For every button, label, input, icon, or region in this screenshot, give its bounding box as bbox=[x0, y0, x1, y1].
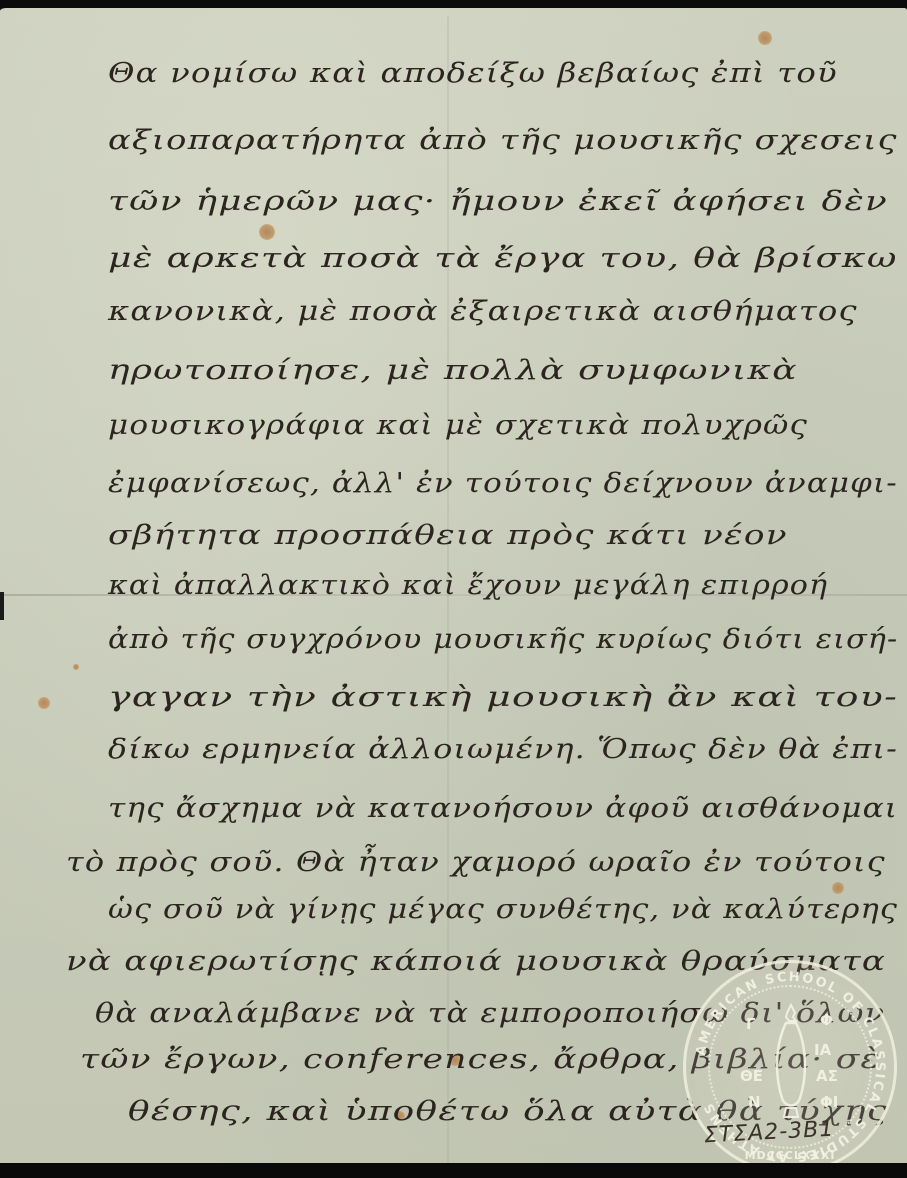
scan-bottom-edge bbox=[0, 1163, 907, 1178]
handwritten-line: καὶ ἀπαλλακτικὸ καὶ ἔχουν μεγάλη επιρροή bbox=[108, 572, 828, 599]
handwritten-line: μουσικογράφια καὶ μὲ σχετικὰ πολυχρῶς bbox=[108, 412, 808, 439]
handwritten-line: γαγαν τὴν ἀστικὴ μουσικὴ ἂν καὶ του- bbox=[108, 684, 898, 711]
handwritten-line: της ἄσχημα νὰ κατανοήσουν ἀφοῦ αισθάνομα… bbox=[108, 795, 898, 822]
handwritten-line: δίκω ερμηνεία ἀλλοιωμένη. Ὅπως δὲν θὰ ἐπ… bbox=[108, 736, 898, 763]
stamp-letter: Γ bbox=[746, 1015, 756, 1033]
stamp-year: MDCCCLXXXI bbox=[745, 1149, 836, 1162]
handwritten-line: αξιοπαρατήρητα ἀπὸ τῆς μουσικῆς σχεσεις bbox=[108, 127, 898, 154]
stamp-letter: Φ bbox=[820, 1011, 833, 1029]
ink-stain bbox=[259, 224, 275, 240]
ink-stain bbox=[38, 697, 50, 709]
handwritten-line: ηρωτοποίησε, μὲ πολλὰ συμφωνικὰ bbox=[108, 357, 798, 384]
stamp-letter: ΦΙ bbox=[820, 1093, 838, 1111]
amphora-icon bbox=[774, 1003, 808, 1123]
scan-edge-mark bbox=[0, 592, 4, 620]
handwritten-line: τὸ πρὸς σοῦ. Θὰ ἦταν χαμορό ωραῖο ἐν τού… bbox=[66, 849, 886, 876]
stamp-letter: ΙΑ bbox=[814, 1041, 831, 1059]
handwritten-line: ὡς σοῦ νὰ γίνῃς μέγας συνθέτης, νὰ καλύτ… bbox=[108, 896, 898, 923]
handwritten-line: ἐμφανίσεως, ἀλλ' ἐν τούτοις δείχνουν ἀνα… bbox=[108, 470, 898, 497]
handwritten-line: τῶν ἡμερῶν μας· ἤμουν ἐκεῖ ἀφήσει δὲν bbox=[108, 188, 888, 215]
handwritten-line: Θα νομίσω καὶ αποδείξω βεβαίως ἐπὶ τοῦ bbox=[108, 60, 838, 87]
handwritten-line: ἀπὸ τῆς συγχρόνου μουσικῆς κυρίως διότι … bbox=[108, 626, 898, 653]
stamp-letter: ΘΕ bbox=[740, 1067, 763, 1085]
ink-stain bbox=[758, 31, 772, 45]
handwritten-line: σβήτητα προσπάθεια πρὸς κάτι νέον bbox=[108, 522, 788, 549]
stamp-letter: Ν bbox=[748, 1093, 761, 1111]
handwritten-line: μὲ αρκετὰ ποσὰ τὰ ἔργα του, θὰ βρίσκω bbox=[108, 245, 898, 272]
handwritten-line: κανονικὰ, μὲ ποσὰ ἐξαιρετικὰ αισθήματος bbox=[108, 298, 858, 325]
stamp-letter: ΑΣ bbox=[816, 1067, 838, 1085]
ink-stain bbox=[832, 882, 844, 894]
ink-stain bbox=[73, 664, 79, 670]
